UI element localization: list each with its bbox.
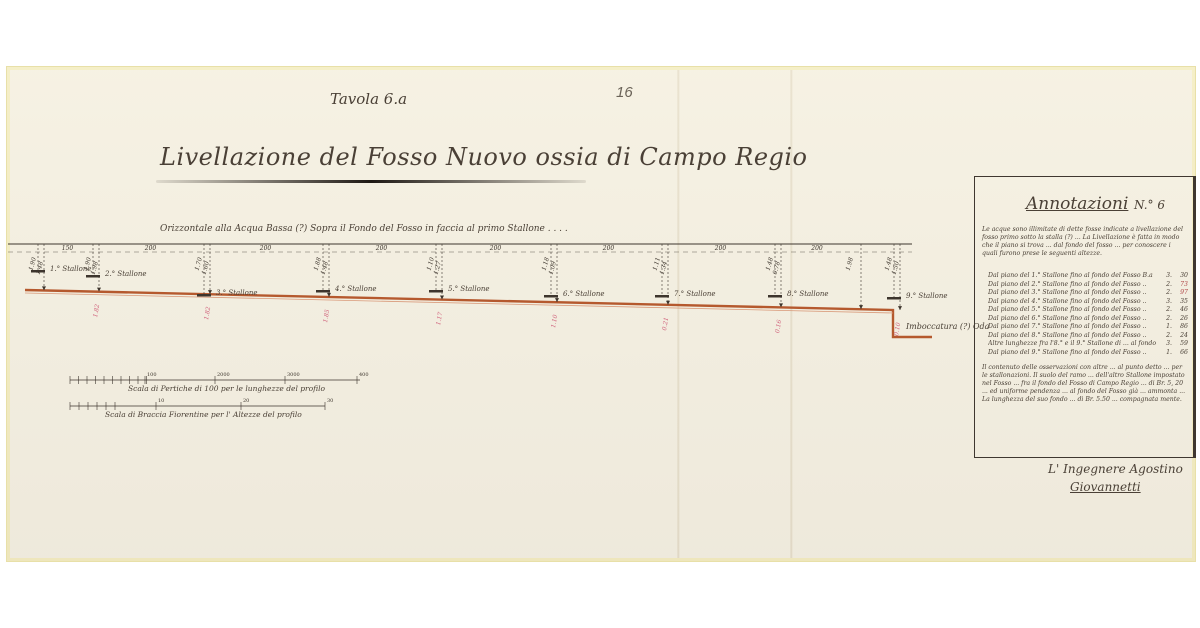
annotation-row-desc: Dal piano del 4.° Stallone fino al fondo… xyxy=(988,298,1158,307)
annotation-row-soldi: 86 xyxy=(1172,323,1188,332)
annotation-row-soldi: 97 xyxy=(1172,289,1188,298)
station-label: 4.° Stallone xyxy=(335,285,377,293)
annotation-row: Dal piano del 3.° Stallone fino al fondo… xyxy=(988,289,1188,298)
station-label: 1.° Stallone xyxy=(50,265,92,273)
annotation-row-desc: Dal piano del 1.° Stallone fino al fondo… xyxy=(988,272,1158,281)
title-underline xyxy=(156,180,586,183)
annotations-table: Dal piano del 1.° Stallone fino al fondo… xyxy=(988,272,1188,357)
annotation-row-desc: Dal piano del 6.° Stallone fino al fondo… xyxy=(988,315,1158,324)
annotation-row: Dal piano del 7.° Stallone fino al fondo… xyxy=(988,323,1188,332)
annotation-row-soldi: 46 xyxy=(1172,306,1188,315)
annotation-row-soldi: 35 xyxy=(1172,298,1188,307)
annotation-row: Altre lunghezze fra l'8.° e il 9.° Stall… xyxy=(988,340,1188,349)
length-scale-label: Scala di Pertiche di 100 per le lunghezz… xyxy=(128,384,325,393)
annotation-row-desc: Dal piano del 8.° Stallone fino al fondo… xyxy=(988,332,1158,341)
annotation-row-braccia: 2. xyxy=(1158,281,1172,290)
plate-label: Tavola 6.a xyxy=(330,90,407,108)
station-label: 9.° Stallone xyxy=(906,292,948,300)
annotation-row-desc: Dal piano del 2.° Stallone fino al fondo… xyxy=(988,281,1158,290)
page-number: 16 xyxy=(616,84,633,101)
annotation-row: Dal piano del 6.° Stallone fino al fondo… xyxy=(988,315,1188,324)
annotation-row-soldi: 59 xyxy=(1172,340,1188,349)
annotations-closing: Il contenuto delle osservazioni con altr… xyxy=(982,364,1187,404)
annotation-row-braccia: 1. xyxy=(1158,349,1172,358)
annotation-row: Dal piano del 9.° Stallone fino al fondo… xyxy=(988,349,1188,358)
document-title: Livellazione del Fosso Nuovo ossia di Ca… xyxy=(160,143,808,171)
annotation-row-soldi: 73 xyxy=(1172,281,1188,290)
annotations-number: N.° 6 xyxy=(1134,198,1165,212)
annotation-row-braccia: 2. xyxy=(1158,315,1172,324)
annotation-row-desc: Dal piano del 5.° Stallone fino al fondo… xyxy=(988,306,1158,315)
annotation-row-desc: Dal piano del 7.° Stallone fino al fondo… xyxy=(988,323,1158,332)
annotation-row: Dal piano del 5.° Stallone fino al fondo… xyxy=(988,306,1188,315)
annotation-row-braccia: 2. xyxy=(1158,332,1172,341)
station-label: 5.° Stallone xyxy=(448,285,490,293)
annotation-row-braccia: 2. xyxy=(1158,289,1172,298)
annotation-row-desc: Dal piano del 3.° Stallone fino al fondo… xyxy=(988,289,1158,298)
annotation-row: Dal piano del 8.° Stallone fino al fondo… xyxy=(988,332,1188,341)
annotation-row-soldi: 24 xyxy=(1172,332,1188,341)
height-scale-label: Scala di Braccia Fiorentine per l' Altez… xyxy=(105,410,302,419)
annotations-title: Annotazioni xyxy=(1026,194,1128,214)
station-label: 3.° Stallone xyxy=(216,289,258,297)
annotation-row-braccia: 2. xyxy=(1158,306,1172,315)
annotation-row: Dal piano del 2.° Stallone fino al fondo… xyxy=(988,281,1188,290)
datum-line-label: Orizzontale alla Acqua Bassa (?) Sopra i… xyxy=(160,224,568,234)
annotation-row-braccia: 3. xyxy=(1158,272,1172,281)
annotation-row-braccia: 3. xyxy=(1158,340,1172,349)
annotation-row-soldi: 26 xyxy=(1172,315,1188,324)
signature-name: Giovannetti xyxy=(1070,480,1141,494)
station-label: 7.° Stallone xyxy=(674,290,716,298)
station-label: 8.° Stallone xyxy=(787,290,829,298)
annotations-intro: Le acque sono illimitate di dette fosse … xyxy=(982,226,1187,258)
annotations-panel: Annotazioni N.° 6 Le acque sono illimita… xyxy=(974,176,1196,456)
station-label: 6.° Stallone xyxy=(563,290,605,298)
annotation-row-braccia: 3. xyxy=(1158,298,1172,307)
annotation-row-soldi: 66 xyxy=(1172,349,1188,358)
annotation-row-braccia: 1. xyxy=(1158,323,1172,332)
annotation-row: Dal piano del 4.° Stallone fino al fondo… xyxy=(988,298,1188,307)
annotation-row-desc: Altre lunghezze fra l'8.° e il 9.° Stall… xyxy=(988,340,1158,349)
annotation-row: Dal piano del 1.° Stallone fino al fondo… xyxy=(988,272,1188,281)
annotation-row-desc: Dal piano del 9.° Stallone fino al fondo… xyxy=(988,349,1158,358)
annotation-row-soldi: 30 xyxy=(1172,272,1188,281)
signature-title: L' Ingegnere Agostino xyxy=(1048,462,1183,476)
station-label: 2.° Stallone xyxy=(105,270,147,278)
